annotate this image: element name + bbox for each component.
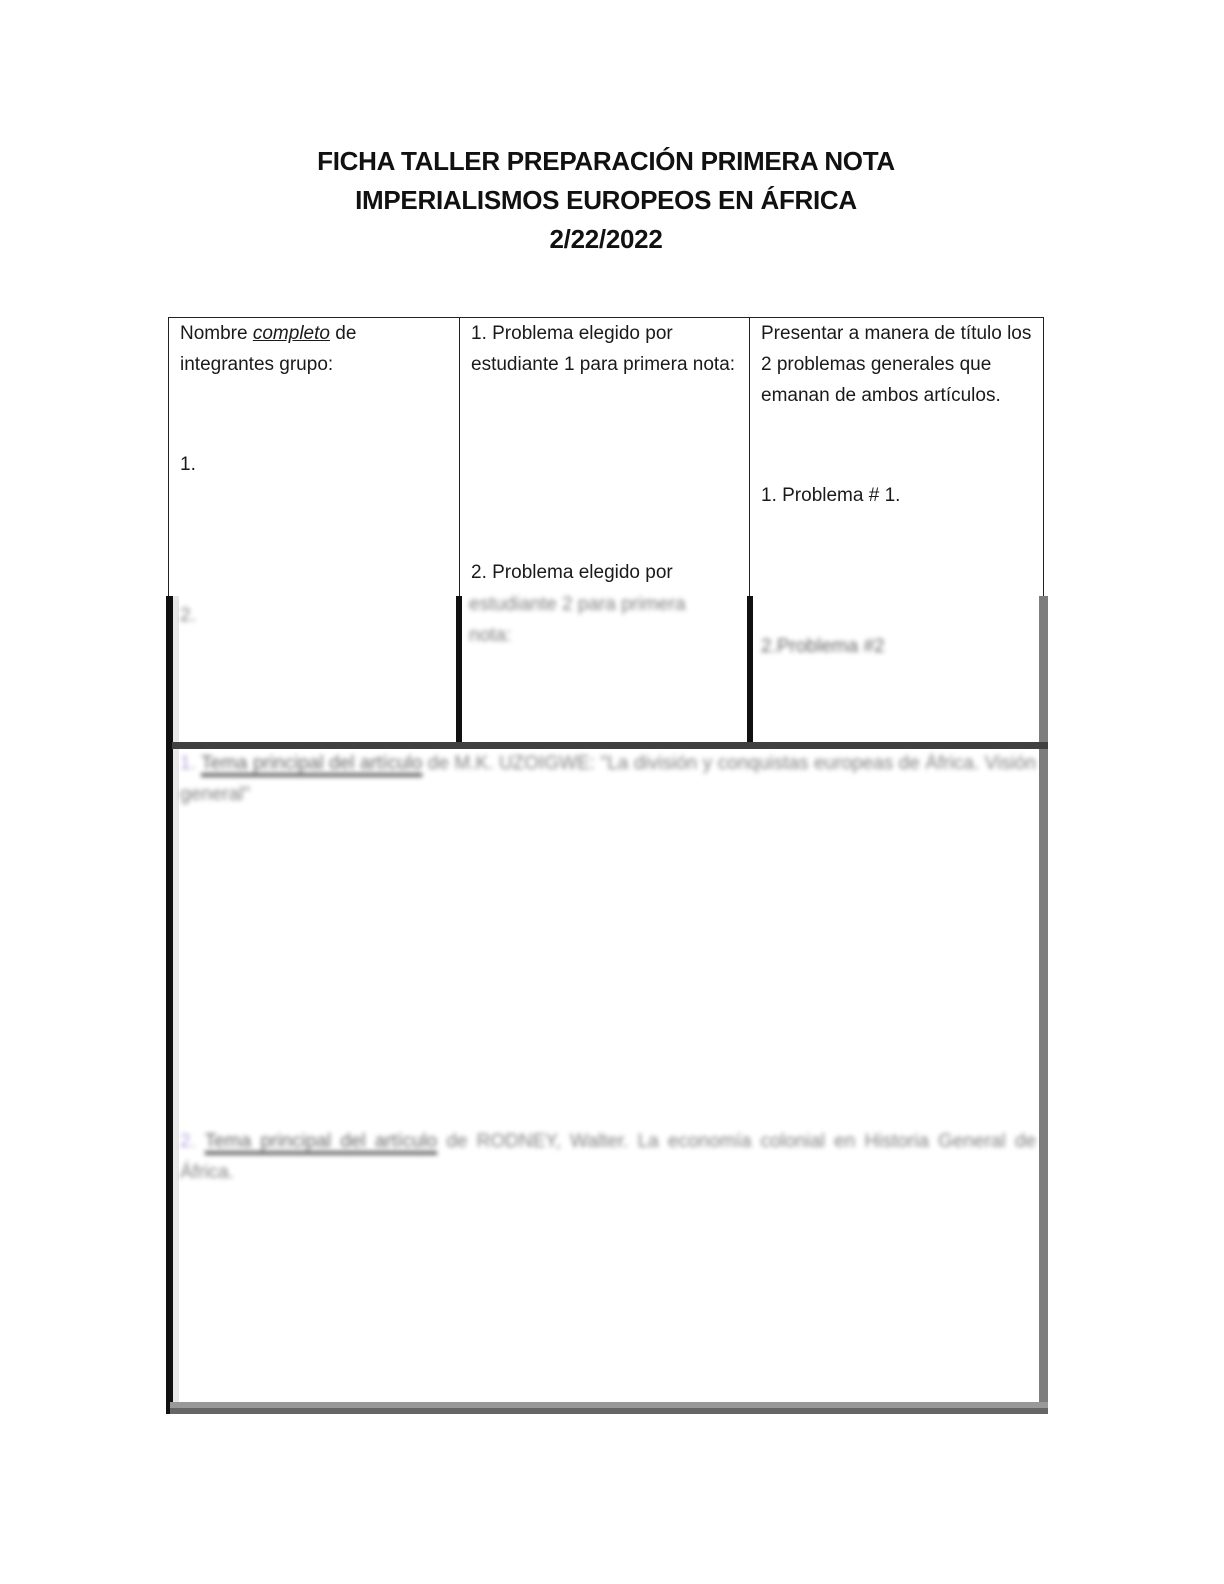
general-problems-instruction: Presentar a manera de título los 2 probl… xyxy=(761,318,1037,411)
worksheet-table: Nombre completo de integrantes grupo: 1.… xyxy=(168,317,1044,597)
title-line-1: FICHA TALLER PREPARACIÓN PRIMERA NOTA xyxy=(0,142,1212,181)
title-line-3-date: 2/22/2022 xyxy=(0,220,1212,259)
article-2-main-topic: Tema principal del artículo xyxy=(205,1131,437,1152)
problem-student-1-label: 1. Problema elegido por estudiante 1 par… xyxy=(471,318,743,380)
emphasis-completo: completo xyxy=(253,323,330,344)
blurred-table-region: 2. estudiante 2 para primera nota: 2.Pro… xyxy=(166,596,1052,1418)
cell-chosen-problems[interactable]: 1. Problema elegido por estudiante 1 par… xyxy=(460,318,750,597)
problem-student-2-continuation: estudiante 2 para primera nota: xyxy=(469,589,729,651)
article-1-paragraph[interactable]: 1. Tema principal del artículo de M.K. U… xyxy=(180,748,1036,810)
page-title: FICHA TALLER PREPARACIÓN PRIMERA NOTA IM… xyxy=(0,142,1212,259)
article-2-paragraph[interactable]: 2. Tema principal del artículo de RODNEY… xyxy=(180,1126,1036,1188)
group-members-label: Nombre completo de integrantes grupo: xyxy=(180,318,453,380)
cell-general-problems[interactable]: Presentar a manera de título los 2 probl… xyxy=(750,318,1043,597)
member-2: 2. xyxy=(180,600,196,631)
frame-right-border xyxy=(1039,596,1048,1414)
cell-group-members[interactable]: Nombre completo de integrantes grupo: 1. xyxy=(169,318,460,597)
column-divider-1 xyxy=(456,596,462,746)
frame-shadow xyxy=(173,596,179,1408)
problem-1-title: 1. Problema # 1. xyxy=(761,480,1037,511)
title-line-2: IMPERIALISMOS EUROPEOS EN ÁFRICA xyxy=(0,181,1212,220)
member-1: 1. xyxy=(180,449,453,480)
problem-2-title: 2.Problema #2 xyxy=(761,631,885,662)
article-1-main-topic: Tema principal del artículo xyxy=(201,753,422,774)
frame-bottom-border-shadow xyxy=(170,1408,1048,1414)
frame-left-border xyxy=(166,596,173,1414)
problem-student-2-label: 2. Problema elegido por xyxy=(471,557,743,588)
column-divider-2 xyxy=(747,596,753,746)
